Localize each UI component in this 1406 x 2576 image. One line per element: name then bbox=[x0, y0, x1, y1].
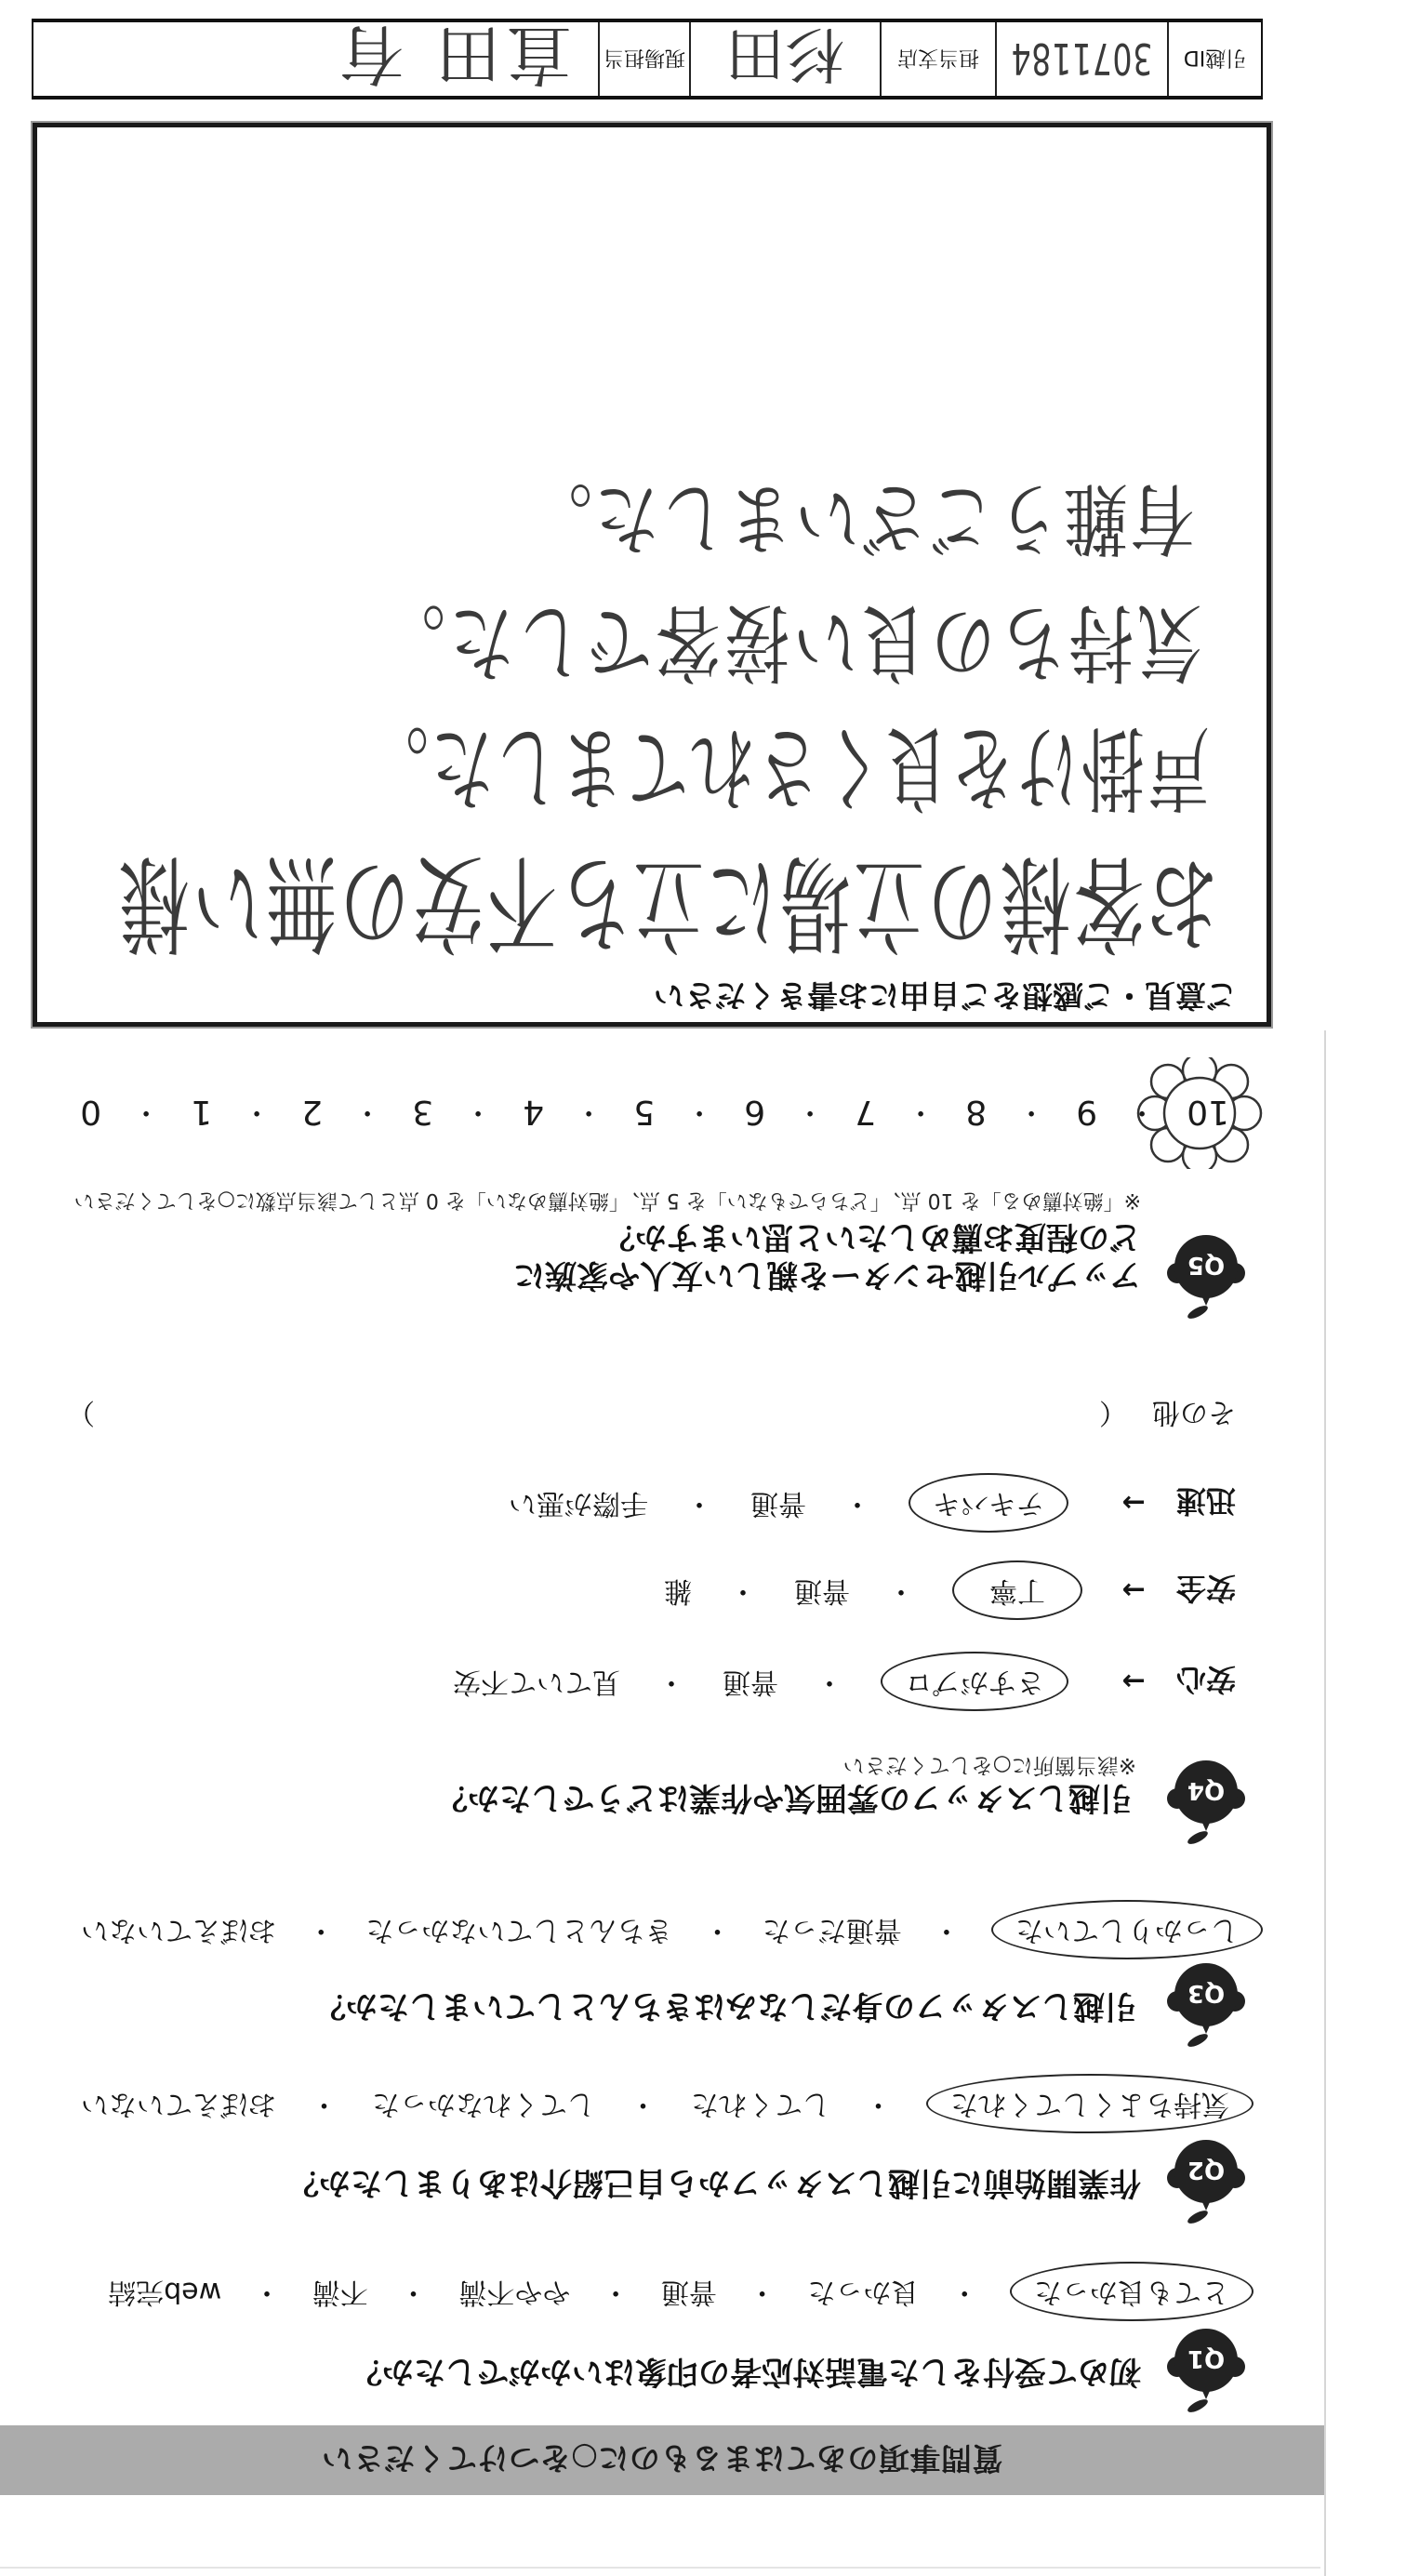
q2-option-selected: 気持ちよくしてくれた bbox=[926, 2074, 1253, 2133]
paper-edge-vertical bbox=[1324, 1030, 1326, 2576]
q4-row-anzen: 安全 → 丁寧 ・ 普通 ・ 雑 bbox=[627, 1560, 1236, 1620]
separator: ・ bbox=[307, 1911, 335, 1948]
svg-text:Q2: Q2 bbox=[1187, 2156, 1225, 2184]
staff-value: 直田 有 bbox=[334, 22, 598, 96]
q2-answer-options: 気持ちよくしてくれた ・ してくれた ・ してくれなかった ・ おぼえていない bbox=[81, 2074, 1253, 2133]
separator: ・ bbox=[1128, 1091, 1156, 1132]
separator: ・ bbox=[575, 1091, 603, 1132]
move-id-value: 3071184 bbox=[1011, 34, 1153, 85]
q4-option: 普通 bbox=[750, 1484, 806, 1521]
rating-value: 0 bbox=[80, 1091, 101, 1132]
svg-text:Q1: Q1 bbox=[1187, 2344, 1225, 2372]
q4-option: 雑 bbox=[664, 1572, 692, 1609]
svg-text:Q3: Q3 bbox=[1187, 1979, 1225, 2007]
branch-label: 担当支店 bbox=[880, 22, 995, 96]
branch-cell: 杉田 bbox=[689, 22, 880, 96]
separator: ・ bbox=[464, 1091, 492, 1132]
svg-text:Q5: Q5 bbox=[1187, 1251, 1225, 1279]
q1-option: web完結 bbox=[108, 2273, 221, 2310]
q4-note: ※該当箇所に○をしてください bbox=[843, 1752, 1136, 1778]
rating-value: 4 bbox=[523, 1091, 544, 1132]
separator: ・ bbox=[865, 2085, 893, 2122]
rating-value: 2 bbox=[301, 1091, 323, 1132]
separator: ・ bbox=[816, 1663, 843, 1700]
q4-other-paren-open: （ bbox=[1099, 1393, 1127, 1430]
q2-question-text: 作業開始前に引越しスタッフから自己紹介はありましたか？ bbox=[287, 2164, 1141, 2201]
handwritten-comment-line: 有難うございました。 bbox=[525, 479, 1195, 557]
q5-question-line1: アップル引越センターを親しい友人や家族に bbox=[513, 1256, 1141, 1294]
q4-option: 普通 bbox=[794, 1572, 850, 1609]
separator: ・ bbox=[843, 1484, 871, 1521]
q4-option-selected: テキパキ bbox=[909, 1473, 1068, 1533]
q3-option: おぼえていない bbox=[81, 1911, 276, 1948]
separator: ・ bbox=[353, 1091, 381, 1132]
separator: ・ bbox=[685, 1091, 713, 1132]
instruction-banner: 質問事項のあてはまるものに○をつけてください bbox=[0, 2425, 1324, 2495]
q4-option-selected: 丁寧 bbox=[952, 1560, 1082, 1620]
separator: ・ bbox=[907, 1091, 935, 1132]
separator: ・ bbox=[950, 2273, 978, 2310]
rating-value: 8 bbox=[965, 1091, 987, 1132]
move-id-cell: 3071184 bbox=[995, 22, 1167, 96]
separator: ・ bbox=[749, 2273, 776, 2310]
q4-option: 見ていて不安 bbox=[453, 1663, 620, 1700]
separator: ・ bbox=[400, 2273, 428, 2310]
comment-heading: ご意見・ご感想をご自由にお書きください bbox=[654, 976, 1237, 1014]
handwritten-comment-line: 気持ちの良い接客でした。 bbox=[377, 600, 1202, 684]
q2-option: してくれた bbox=[691, 2085, 830, 2122]
rating-value: 1 bbox=[191, 1091, 212, 1132]
q4-row-jinsoku: 迅速 → テキパキ ・ 普通 ・ 手際が悪い bbox=[471, 1473, 1236, 1533]
q4-row-label: 安全 bbox=[1171, 1569, 1236, 1612]
staff-label: 現場担当 bbox=[598, 22, 689, 96]
q3-option: 普通だった bbox=[763, 1911, 902, 1948]
q5-question-line2: どの程度お薦めしたいと思いますか？ bbox=[604, 1218, 1141, 1255]
q4-other-label: その他 bbox=[1152, 1393, 1236, 1430]
rating-value: 5 bbox=[633, 1091, 655, 1132]
q3-question-text: 引越しスタッフの身だしなみはきちんとしていましたか？ bbox=[314, 1987, 1136, 2025]
q3-option: きちんとしていなかった bbox=[365, 1911, 672, 1948]
separator: ・ bbox=[729, 1572, 757, 1609]
q1-option: 普通 bbox=[661, 2273, 717, 2310]
q2-option: してくれなかった bbox=[372, 2085, 595, 2122]
handwritten-comment-line: 声掛けを良くされてました。 bbox=[364, 720, 1210, 812]
svg-text:Q4: Q4 bbox=[1187, 1776, 1225, 1804]
q4-option: 手際が悪い bbox=[509, 1484, 648, 1521]
q4-option: 普通 bbox=[723, 1663, 778, 1700]
rating-value-selected: 10 bbox=[1187, 1091, 1229, 1132]
q4-question-text: 引越しスタッフの雰囲気や作業はどうでしたか？ bbox=[436, 1779, 1132, 1816]
separator: ・ bbox=[685, 1484, 713, 1521]
separator: ・ bbox=[796, 1091, 824, 1132]
separator: ・ bbox=[887, 1572, 915, 1609]
q4-option-selected: さすがプロ bbox=[881, 1652, 1068, 1711]
q2-option: おぼえていない bbox=[81, 2085, 276, 2122]
q5-note: ※「絶対薦める」を 10 点、「どちらでもない」を 5 点、「絶対薦めない」を … bbox=[74, 1187, 1141, 1213]
instruction-banner-text: 質問事項のあてはまるものに○をつけてください bbox=[322, 2438, 1003, 2482]
separator: ・ bbox=[253, 2273, 281, 2310]
separator: ・ bbox=[1017, 1091, 1045, 1132]
rating-value: 7 bbox=[855, 1091, 876, 1132]
q3-option-selected: しっかりしていた bbox=[991, 1900, 1263, 1959]
separator: ・ bbox=[933, 1911, 961, 1948]
q4-row-label: 迅速 bbox=[1171, 1481, 1236, 1524]
q5-apple-badge-icon: Q5 bbox=[1164, 1231, 1248, 1320]
q4-other-paren-close: ） bbox=[67, 1393, 95, 1430]
rating-value: 6 bbox=[744, 1091, 765, 1132]
separator: ・ bbox=[243, 1091, 271, 1132]
separator: ・ bbox=[704, 1911, 732, 1948]
arrow-right-icon: → bbox=[1120, 1487, 1147, 1520]
q1-question-text: 初めて受付をした電話対応者の印象はいかがでしたか？ bbox=[351, 2353, 1141, 2390]
q2-apple-badge-icon: Q2 bbox=[1164, 2136, 1248, 2224]
q3-apple-badge-icon: Q3 bbox=[1164, 1959, 1248, 2048]
q1-option: 良かった bbox=[807, 2273, 919, 2310]
q5-rating-scale: 10 ・ 9 ・ 8 ・ 7 ・ 6 ・ 5 ・ 4 ・ 3 ・ 2 ・ 1 ・… bbox=[80, 1083, 1229, 1139]
move-id-label: 引越ID bbox=[1167, 22, 1261, 96]
rating-value: 9 bbox=[1076, 1091, 1097, 1132]
staff-cell: 直田 有 bbox=[33, 22, 598, 96]
separator: ・ bbox=[132, 1091, 160, 1132]
separator: ・ bbox=[657, 1663, 685, 1700]
q4-row-label: 安心 bbox=[1171, 1660, 1236, 1703]
move-info-table: 引越ID 3071184 担当支店 杉田 現場担当 直田 有 bbox=[32, 19, 1263, 100]
q1-option-selected: とても良かった bbox=[1010, 2262, 1253, 2321]
rating-value: 3 bbox=[412, 1091, 433, 1132]
q1-option: やや不満 bbox=[458, 2273, 570, 2310]
separator: ・ bbox=[630, 2085, 657, 2122]
branch-value: 杉田 bbox=[726, 22, 845, 96]
q1-apple-badge-icon: Q1 bbox=[1164, 2325, 1248, 2413]
handwritten-comment-line: お客様の立場に立ち不安の無い様 bbox=[116, 849, 1218, 955]
paper-edge-horizontal bbox=[0, 2567, 1320, 2569]
q1-answer-options: とても良かった ・ 良かった ・ 普通 ・ やや不満 ・ 不満 ・ web完結 bbox=[108, 2262, 1253, 2321]
q4-row-anshin: 安心 → さすがプロ ・ 普通 ・ 見ていて不安 bbox=[416, 1652, 1236, 1711]
separator: ・ bbox=[602, 2273, 630, 2310]
separator: ・ bbox=[311, 2085, 338, 2122]
q1-option: 不満 bbox=[312, 2273, 368, 2310]
arrow-right-icon: → bbox=[1120, 1574, 1147, 1607]
q4-apple-badge-icon: Q4 bbox=[1164, 1757, 1248, 1845]
q3-answer-options: しっかりしていた ・ 普通だった ・ きちんとしていなかった ・ おぼえていない bbox=[81, 1900, 1263, 1959]
arrow-right-icon: → bbox=[1120, 1666, 1147, 1698]
survey-sheet: 質問事項のあてはまるものに○をつけてください Q1 初めて受付をした電話対応者の… bbox=[0, 0, 1406, 2576]
